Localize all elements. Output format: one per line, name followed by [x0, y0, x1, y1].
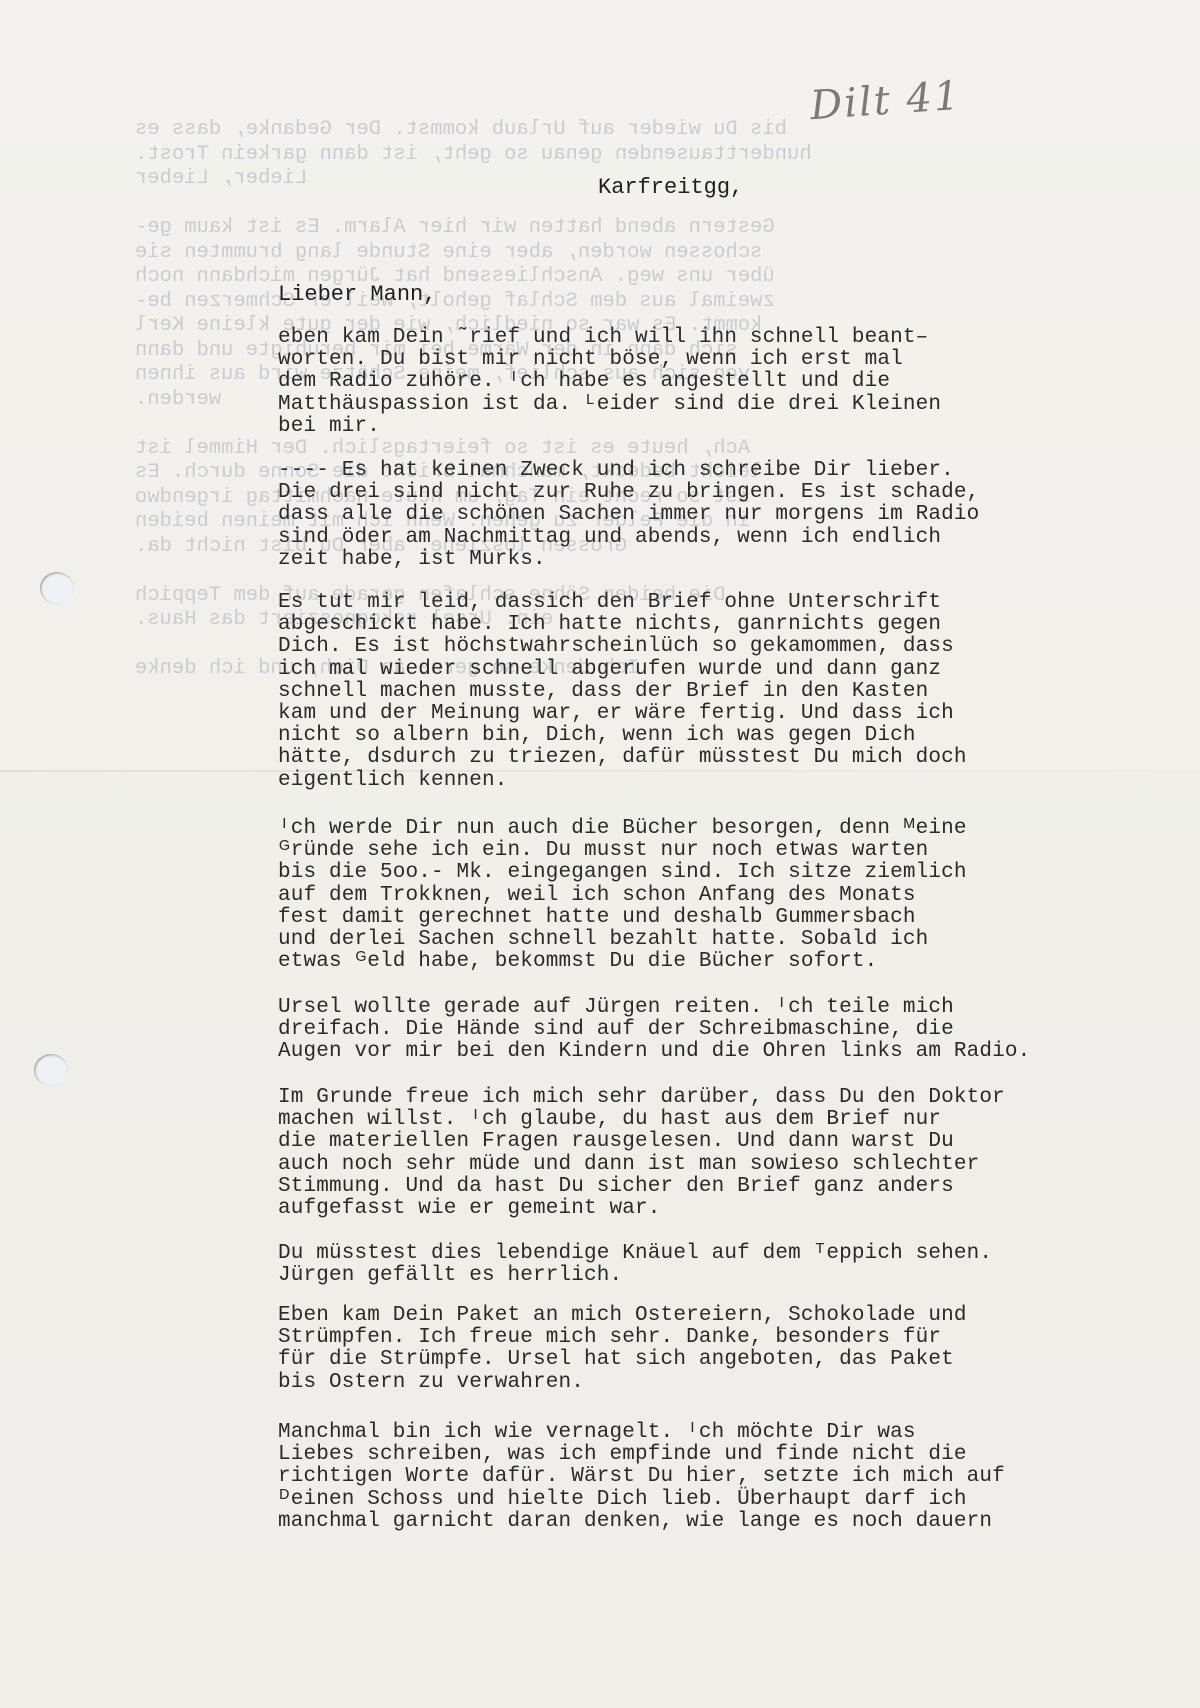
- bleed-line: hunderttausenden genau so geht, ist dann…: [135, 143, 955, 168]
- letter-paragraph: Ursel wollte gerade auf Jürgen reiten. ᴵ…: [278, 997, 1030, 1064]
- bleed-line: über uns weg. Anschliessend hat Jürgen m…: [135, 265, 955, 290]
- letter-line: Strümpfen. Ich freue mich sehr. Danke, b…: [278, 1327, 967, 1349]
- letter-line: ᴳründe sehe ich ein. Du musst nur noch e…: [278, 840, 967, 862]
- letter-line: auch noch sehr müde und dann ist man sow…: [278, 1154, 1005, 1176]
- letter-line: schnell machen musste, dass der Brief in…: [278, 681, 967, 703]
- letter-line: bis die 5oo.- Mk. eingegangen sind. Ich …: [278, 862, 967, 884]
- letter-line: dem Radio zuhöre. ᴵch habe es angestellt…: [278, 371, 941, 393]
- letter-line: ich mal wieder schnell abgerufen wurde u…: [278, 659, 967, 681]
- punch-hole-bottom: [34, 1054, 68, 1086]
- letter-line: die materiellen Fragen rausgelesen. Und …: [278, 1131, 1005, 1153]
- letter-line: und derlei Sachen schnell bezahlt hatte.…: [278, 929, 967, 951]
- letter-line: dass alle die schönen Sachen immer nur m…: [278, 504, 979, 526]
- letter-line: aufgefasst wie er gemeint war.: [278, 1198, 1005, 1220]
- letter-line: Eben kam Dein Paket an mich Ostereiern, …: [278, 1305, 967, 1327]
- letter-paragraph: ---- Es hat keinen Zweck und ich schreib…: [278, 460, 979, 571]
- letter-line: richtigen Worte dafür. Wärst Du hier, se…: [278, 1466, 1005, 1488]
- letter-paragraph: Manchmal bin ich wie vernagelt. ᴵch möch…: [278, 1422, 1005, 1533]
- letter-paragraph: Es tut mir leid, dassich den Brief ohne …: [278, 592, 967, 792]
- letter-line: Dich. Es ist höchstwahrscheinlüch so gek…: [278, 636, 967, 658]
- letter-line: Jürgen gefällt es herrlich.: [278, 1265, 992, 1287]
- letter-line: für die Strümpfe. Ursel hat sich angebot…: [278, 1349, 967, 1371]
- letter-line: sind öder am Nachmittag und abends, wenn…: [278, 527, 979, 549]
- letter-line: ᴰeinen Schoss und hielte Dich lieb. Über…: [278, 1489, 1005, 1511]
- bleed-line: Gestern abend hatten wir hier Alarm. Es …: [135, 216, 955, 241]
- letter-paragraph: Eben kam Dein Paket an mich Ostereiern, …: [278, 1305, 967, 1394]
- letter-line: Es tut mir leid, dassich den Brief ohne …: [278, 592, 967, 614]
- letter-line: nicht so albern bin, Dich, wenn ich was …: [278, 725, 967, 747]
- punch-hole-top: [40, 572, 74, 604]
- letter-line: Manchmal bin ich wie vernagelt. ᴵch möch…: [278, 1422, 1005, 1444]
- letter-line: worten. Du bist mir nicht böse, wenn ich…: [278, 349, 941, 371]
- letter-line: Im Grunde freue ich mich sehr darüber, d…: [278, 1087, 1005, 1109]
- letter-line: ---- Es hat keinen Zweck und ich schreib…: [278, 460, 979, 482]
- letter-line: Die drei sind nicht zur Ruhe zu bringen.…: [278, 482, 979, 504]
- letter-line: eigentlich kennen.: [278, 770, 967, 792]
- letter-line: Ursel wollte gerade auf Jürgen reiten. ᴵ…: [278, 997, 1030, 1019]
- letter-line: dreifach. Die Hände sind auf der Schreib…: [278, 1019, 1030, 1041]
- letter-line: machen willst. ᴵch glaube, du hast aus d…: [278, 1109, 1005, 1131]
- letter-paragraph: ᴵch werde Dir nun auch die Bücher besorg…: [278, 818, 967, 973]
- letter-line: Du müsstest dies lebendige Knäuel auf de…: [278, 1243, 992, 1265]
- letter-line: manchmal garnicht daran denken, wie lang…: [278, 1511, 1005, 1533]
- letter-page: bis Du wieder auf Urlaub kommst. Der Ged…: [0, 0, 1200, 1708]
- bleed-line: zweimal aus dem Schlaf geholt, weil er S…: [135, 290, 955, 315]
- letter-line: kam und der Meinung war, er wäre fertig.…: [278, 703, 967, 725]
- letter-line: Matthäuspassion ist da. ᴸeider sind die …: [278, 394, 941, 416]
- bleed-line: schossen worden, aber eine Stunde lang b…: [135, 241, 955, 266]
- letter-line: abgeschickt habe. Ich hatte nichts, ganr…: [278, 614, 967, 636]
- letter-paragraph: Im Grunde freue ich mich sehr darüber, d…: [278, 1087, 1005, 1220]
- letter-line: hätte, dsdurch zu triezen, dafür müsstes…: [278, 747, 967, 769]
- letter-line: fest damit gerechnet hatte und deshalb G…: [278, 907, 967, 929]
- bleed-line: Lieber, Lieber: [135, 167, 955, 192]
- letter-line: ᴵch werde Dir nun auch die Bücher besorg…: [278, 818, 967, 840]
- letter-line: Liebes schreiben, was ich empfinde und f…: [278, 1444, 1005, 1466]
- letter-date: Karfreitgg,: [598, 175, 743, 200]
- letter-paragraph: eben kam Dein ˜rief und ich will ihn sch…: [278, 327, 941, 438]
- letter-line: ᴢeit habe, ist Murks.: [278, 549, 979, 571]
- letter-line: bis Ostern zu verwahren.: [278, 1372, 967, 1394]
- bleed-line: Ach, heute es ist so feiertagslich. Der …: [135, 437, 955, 462]
- letter-line: bei mir.: [278, 416, 941, 438]
- letter-line: auf dem Trokknen, weil ich schon Anfang …: [278, 885, 967, 907]
- letter-line: Stimmung. Und da hast Du sicher den Brie…: [278, 1176, 1005, 1198]
- letter-paragraph: Du müsstest dies lebendige Knäuel auf de…: [278, 1243, 992, 1287]
- letter-line: eben kam Dein ˜rief und ich will ihn sch…: [278, 327, 941, 349]
- letter-line: Augen vor mir bei den Kindern und die Oh…: [278, 1041, 1030, 1063]
- letter-salutation: Lieber Mann,: [278, 282, 436, 307]
- bleed-line: [135, 192, 955, 217]
- letter-line: etwas ᴳeld habe, bekommst Du die Bücher …: [278, 951, 967, 973]
